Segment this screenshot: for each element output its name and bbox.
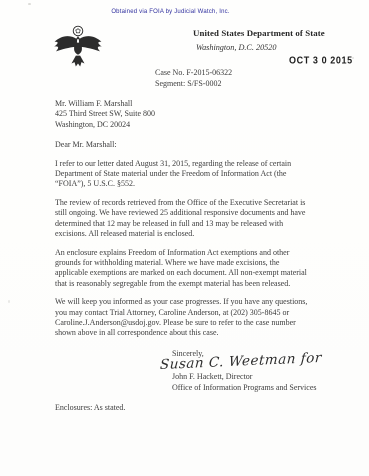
paragraph-4: We will keep you informed as your case p…	[55, 297, 329, 338]
letter-body: Mr. William F. Marshall 425 Third Street…	[55, 99, 329, 414]
enclosures-note: Enclosures: As stated.	[55, 403, 329, 413]
handwritten-signature: Susan C. Weetman for	[160, 353, 329, 371]
department-of-state-seal-icon	[52, 22, 104, 77]
recipient-name: Mr. William F. Marshall	[55, 99, 329, 109]
signer-name: John F. Hackett, Director	[172, 372, 329, 383]
foia-watermark: Obtained via FOIA by Judicial Watch, Inc…	[0, 9, 341, 15]
signer-office: Office of Information Programs and Servi…	[172, 383, 329, 394]
segment-number: Segment: S/FS-0002	[155, 79, 232, 90]
reference-block: Case No. F-2015-06322 Segment: S/FS-0002	[155, 68, 232, 89]
letterhead-city: Washington, D.C. 20520	[196, 43, 276, 52]
recipient-address-block: Mr. William F. Marshall 425 Third Street…	[55, 99, 329, 130]
received-date-stamp: OCT 3 0 2015	[289, 55, 353, 66]
scanned-letter-page: Obtained via FOIA by Judicial Watch, Inc…	[0, 0, 369, 476]
recipient-address-line2: Washington, DC 20024	[55, 120, 329, 130]
recipient-address-line1: 425 Third Street SW, Suite 800	[55, 109, 329, 119]
salutation: Dear Mr. Marshall:	[55, 140, 329, 150]
case-number: Case No. F-2015-06322	[155, 68, 232, 79]
scan-artifact	[8, 300, 10, 303]
closing-block: Sincerely, Susan C. Weetman for John F. …	[172, 349, 329, 394]
paragraph-2: The review of records retrieved from the…	[55, 198, 329, 239]
letterhead-agency-title: United States Department of State	[193, 28, 325, 38]
paragraph-1: I refer to our letter dated August 31, 2…	[55, 159, 329, 190]
scan-artifact	[28, 3, 31, 5]
paragraph-3: An enclosure explains Freedom of Informa…	[55, 248, 329, 289]
